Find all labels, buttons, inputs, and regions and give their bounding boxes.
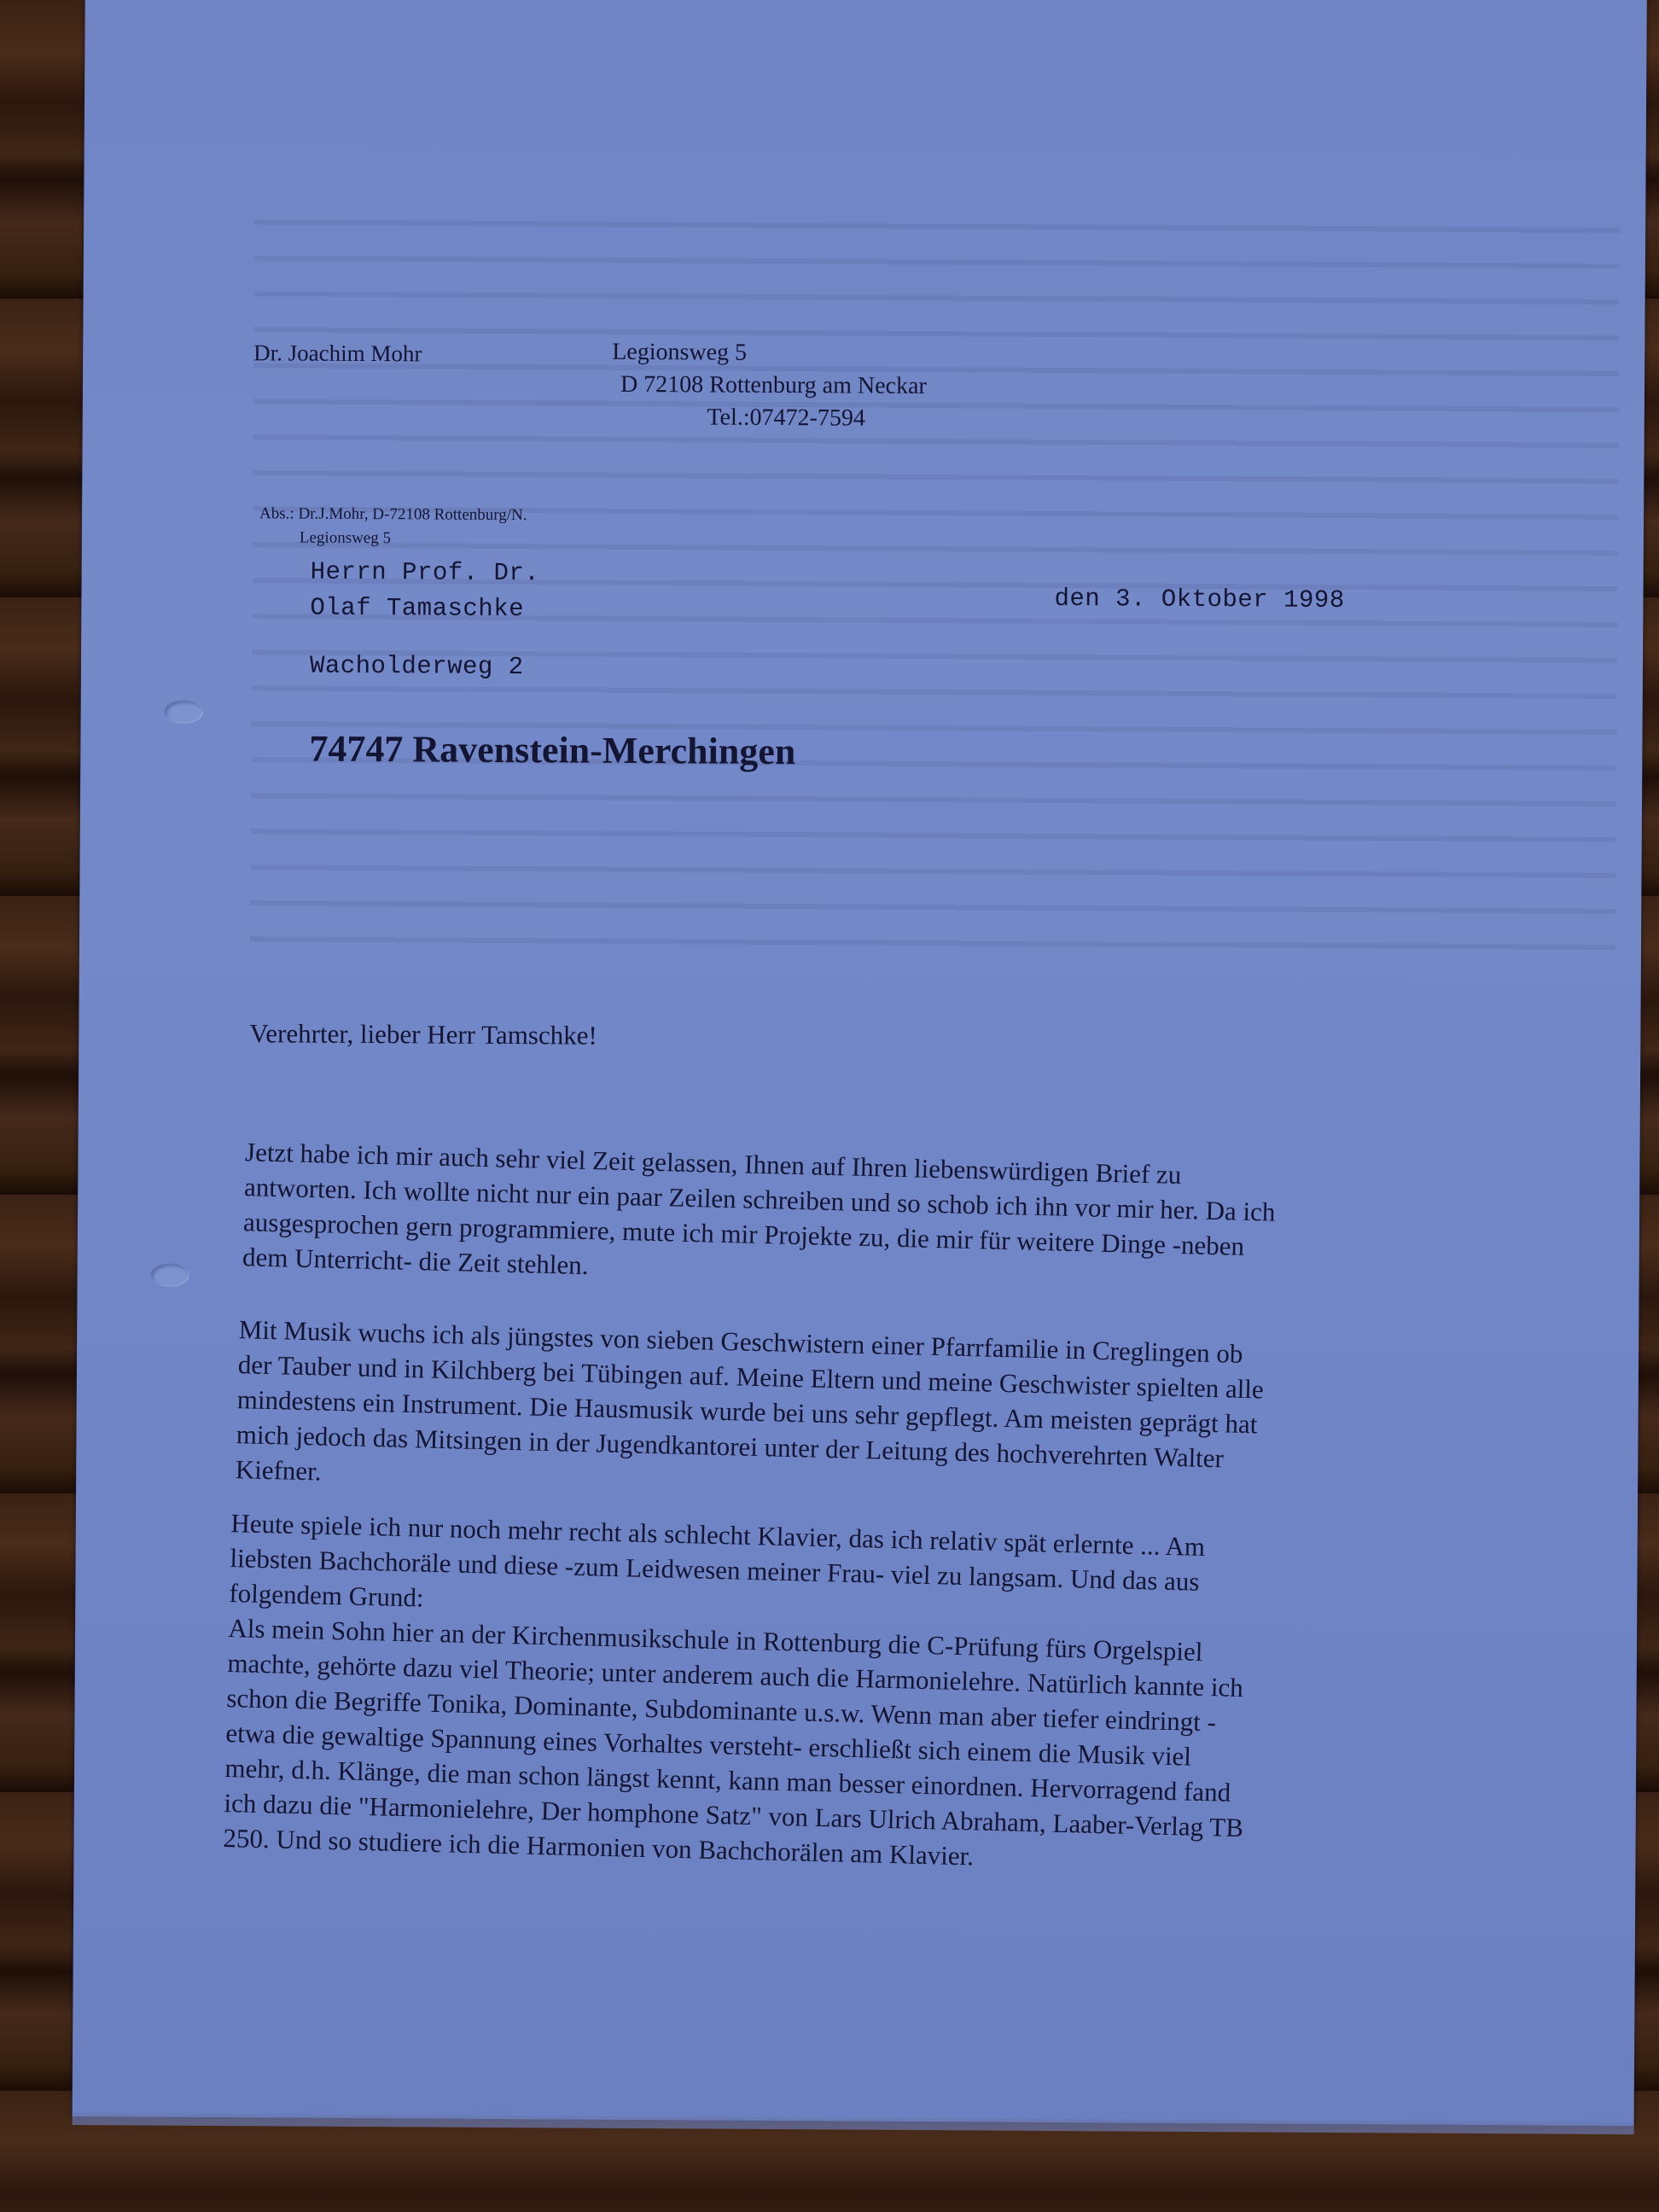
recipient-street: Wacholderweg 2 <box>310 652 524 682</box>
sender-phone: Tel.:07472-7594 <box>612 401 927 435</box>
punch-hole-bottom <box>151 1263 189 1285</box>
letter-page: Dr. Joachim Mohr Legionsweg 5 D 72108 Ro… <box>73 0 1647 2126</box>
salutation: Verehrter, lieber Herr Tamschke! <box>249 1018 597 1051</box>
return-address-line2: Legionsweg 5 <box>259 526 527 551</box>
sender-name: Dr. Joachim Mohr <box>253 340 422 367</box>
sender-address: Legionsweg 5 D 72108 Rottenburg am Necka… <box>612 336 927 435</box>
recipient-block: Herrn Prof. Dr. Olaf Tamaschke <box>310 555 539 628</box>
return-address: Abs.: Dr.J.Mohr, D-72108 Rottenburg/N. L… <box>259 502 527 551</box>
recipient-city: 74747 Ravenstein-Merchingen <box>309 727 795 773</box>
recipient-title: Herrn Prof. Dr. <box>311 555 540 592</box>
return-address-line1: Abs.: Dr.J.Mohr, D-72108 Rottenburg/N. <box>259 502 527 527</box>
paragraph-1: Jetzt habe ich mir auch sehr viel Zeit g… <box>242 1134 1492 1305</box>
sender-street: Legionsweg 5 <box>612 336 927 370</box>
paragraph-3: Heute spiele ich nur noch mehr recht als… <box>223 1505 1477 1886</box>
paragraph-2: Mit Musik wuchs ich als jüngstes von sie… <box>235 1312 1485 1517</box>
sender-city: D 72108 Rottenburg am Neckar <box>612 369 927 403</box>
letter-date: den 3. Oktober 1998 <box>1054 585 1344 614</box>
punch-hole-top <box>165 701 202 723</box>
recipient-name: Olaf Tamaschke <box>310 591 539 628</box>
